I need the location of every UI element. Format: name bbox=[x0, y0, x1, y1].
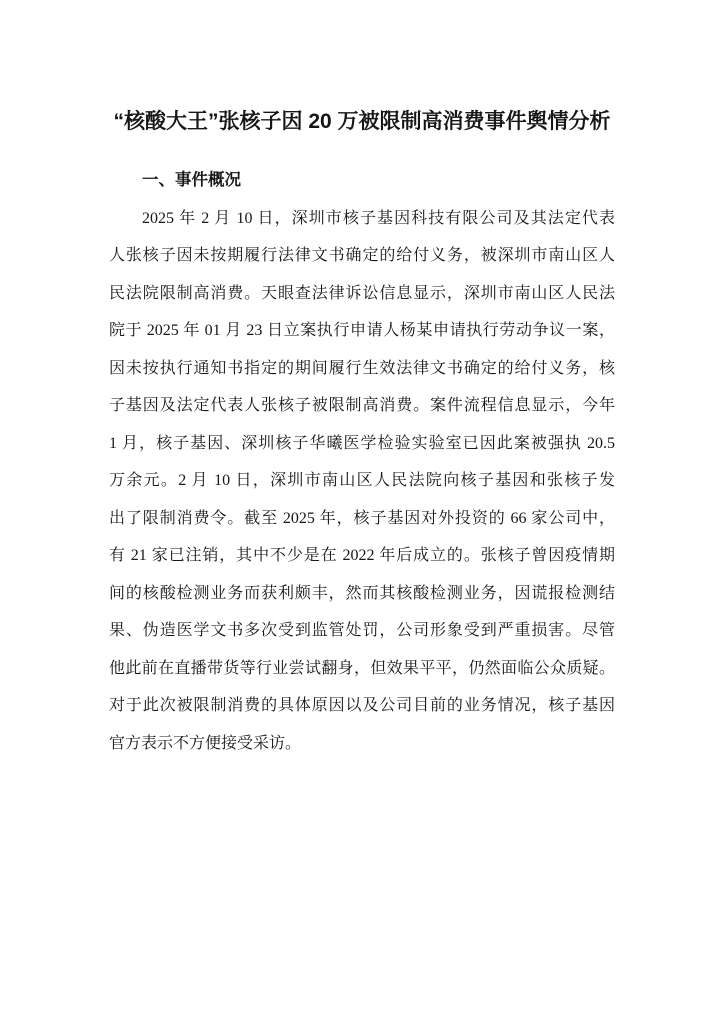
document-title: “核酸大王”张核子因 20 万被限制高消费事件舆情分析 bbox=[109, 100, 615, 144]
document-content: “核酸大王”张核子因 20 万被限制高消费事件舆情分析 一、事件概况 2025 … bbox=[109, 100, 615, 762]
paragraph-line: 有 21 家已注销，其中不少是在 2022 年后成立的。张核子曾因疫情期 bbox=[109, 537, 615, 575]
paragraph-line: 民法院限制高消费。天眼查法律诉讼信息显示，深圳市南山区人民法 bbox=[109, 275, 615, 313]
paragraph-line: 出了限制消费令。截至 2025 年，核子基因对外投资的 66 家公司中， bbox=[109, 500, 615, 538]
paragraph-line: 官方表示不方便接受采访。 bbox=[109, 725, 615, 763]
paragraph-line: 子基因及法定代表人张核子被限制高消费。案件流程信息显示，今年 bbox=[109, 387, 615, 425]
paragraph-line: 因未按执行通知书指定的期间履行生效法律文书确定的给付义务，核 bbox=[109, 350, 615, 388]
paragraph-line: 他此前在直播带货等行业尝试翻身，但效果平平，仍然面临公众质疑。 bbox=[109, 650, 615, 688]
paragraph-line: 间的核酸检测业务而获利颇丰，然而其核酸检测业务，因谎报检测结 bbox=[109, 575, 615, 613]
paragraph-line: 果、伪造医学文书多次受到监管处罚，公司形象受到严重损害。尽管 bbox=[109, 612, 615, 650]
paragraph-line: 1 月，核子基因、深圳核子华曦医学检验实验室已因此案被强执 20.5 bbox=[109, 425, 615, 463]
section-heading: 一、事件概况 bbox=[109, 162, 615, 200]
paragraph-line: 人张核子因未按期履行法律文书确定的给付义务，被深圳市南山区人 bbox=[109, 237, 615, 275]
paragraph-line: 万余元。2 月 10 日，深圳市南山区人民法院向核子基因和张核子发 bbox=[109, 462, 615, 500]
body-paragraph: 2025 年 2 月 10 日，深圳市核子基因科技有限公司及其法定代表 人张核子… bbox=[109, 200, 615, 763]
paragraph-line: 2025 年 2 月 10 日，深圳市核子基因科技有限公司及其法定代表 bbox=[109, 200, 615, 238]
document-page: “核酸大王”张核子因 20 万被限制高消费事件舆情分析 一、事件概况 2025 … bbox=[0, 0, 724, 1024]
paragraph-line: 院于 2025 年 01 月 23 日立案执行申请人杨某申请执行劳动争议一案， bbox=[109, 312, 615, 350]
paragraph-line: 对于此次被限制消费的具体原因以及公司目前的业务情况，核子基因 bbox=[109, 687, 615, 725]
